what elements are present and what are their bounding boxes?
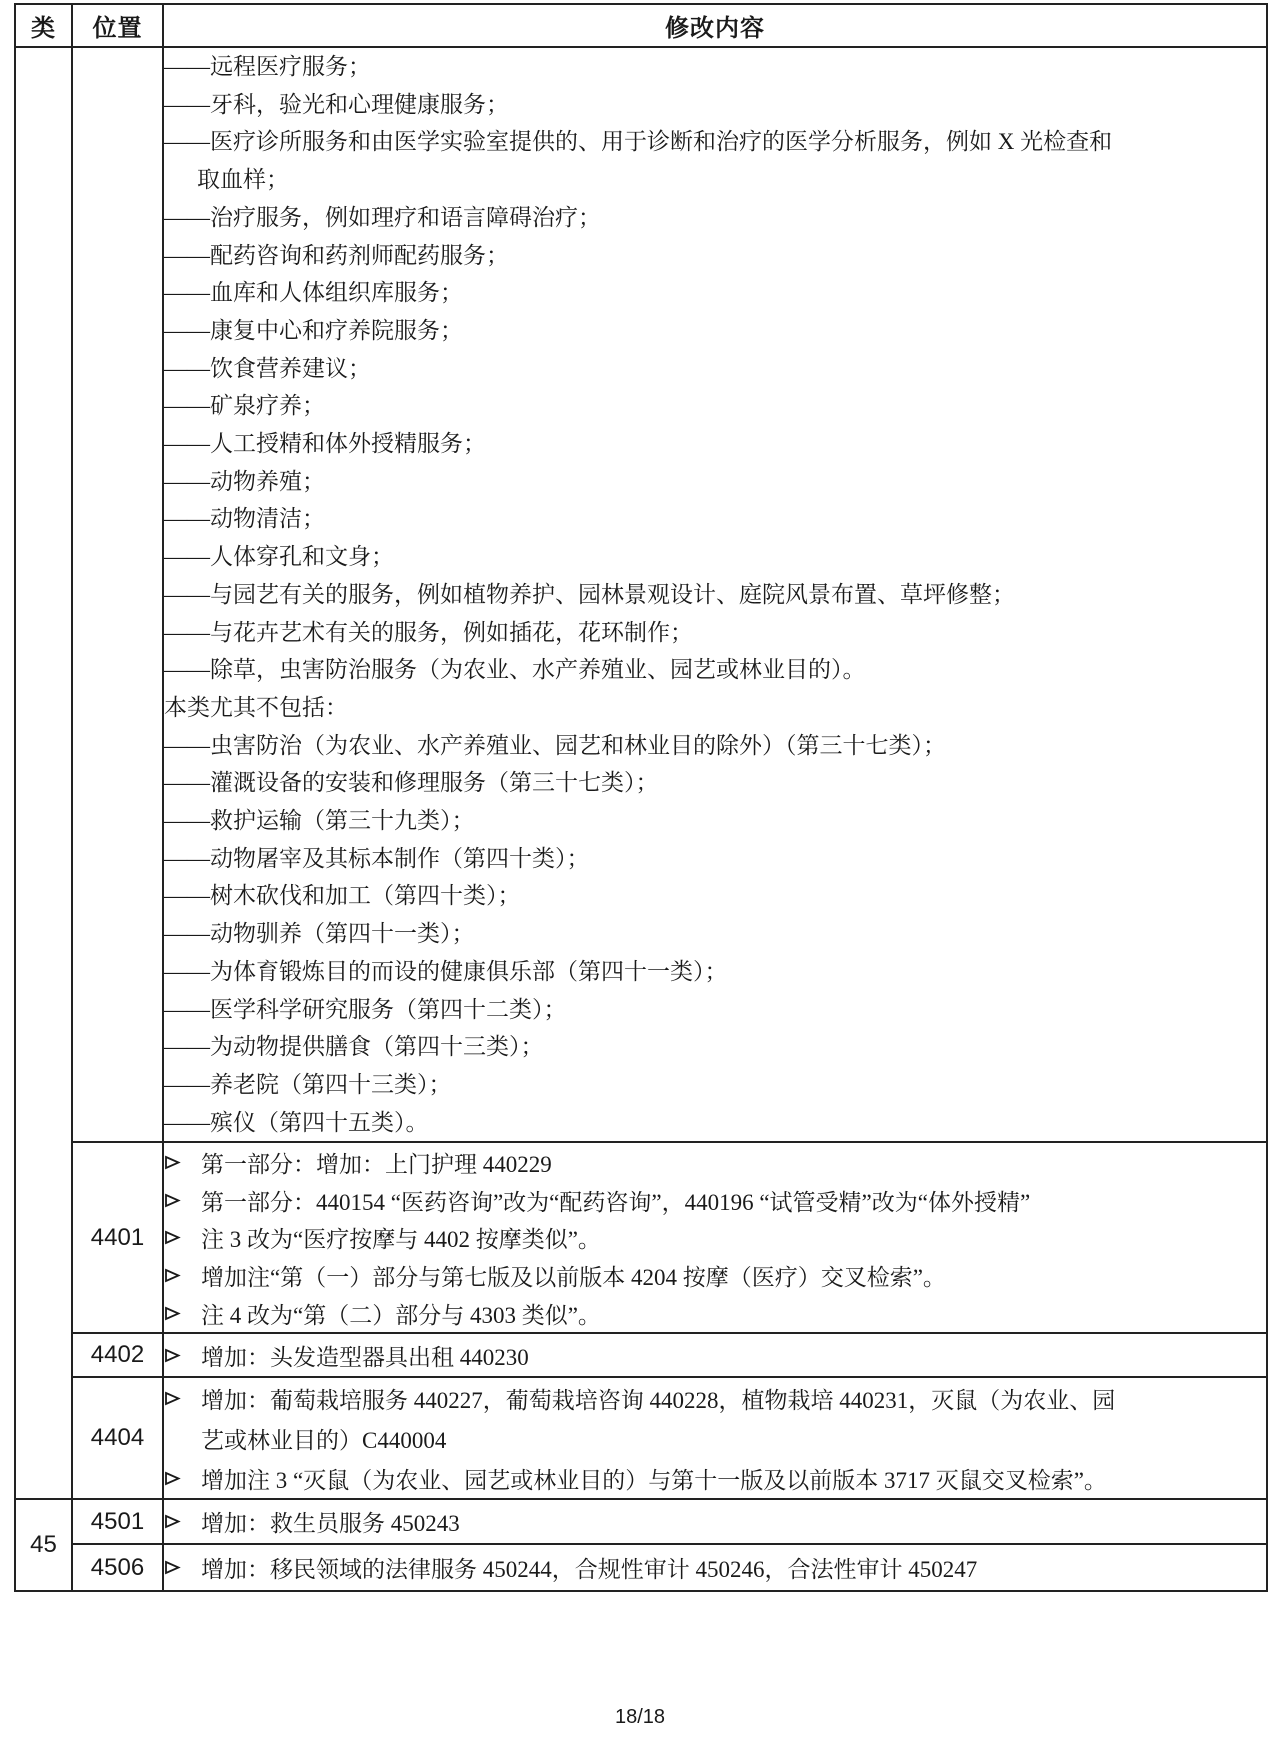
note-heading: 本类尤其不包括： [164,689,1266,727]
arrow-bullet-icon [164,1155,201,1170]
bullet-text: 增加注 3 “灭鼠（为农业、园艺或林业目的）与第十一版及以前版本 3717 灭鼠… [201,1462,1107,1495]
arrow-bullet-icon [164,1193,201,1208]
note-line: ——灌溉设备的安装和修理服务（第三十七类）； [164,764,1266,802]
table-row-class44-notes: ——远程医疗服务； ——牙科，验光和心理健康服务； ——医疗诊所服务和由医学实验… [15,47,1267,1142]
bullet-item: 第一部分：增加：上门护理 440229 [164,1143,1266,1181]
bullet-item-continuation: 艺或林业目的）C440004 [164,1418,1266,1458]
class-cell-44-empty [15,47,72,1499]
bullet-text: 注 3 改为“医疗按摩与 4402 按摩类似”。 [201,1221,601,1254]
bullet-text: 第一部分：440154 “医药咨询”改为“配药咨询”，440196 “试管受精”… [201,1184,1030,1217]
bullet-text: 增加：头发造型器具出租 440230 [201,1339,529,1372]
arrow-bullet-icon [164,1268,201,1283]
bullet-text: 艺或林业目的）C440004 [201,1422,446,1455]
bullet-text: 第一部分：增加：上门护理 440229 [201,1146,552,1179]
note-line: ——除草，虫害防治服务（为农业、水产养殖业、园艺或林业目的）。 [164,651,1266,689]
col-header-position: 位置 [72,4,163,47]
table-row-4506: 4506 增加：移民领域的法律服务 450244，合规性审计 450246，合法… [15,1544,1267,1591]
bullet-item: 增加：葡萄栽培服务 440227，葡萄栽培咨询 440228，植物栽培 4402… [164,1378,1266,1418]
note-line: ——矿泉疗养； [164,387,1266,425]
bullet-text: 增加：葡萄栽培服务 440227，葡萄栽培咨询 440228，植物栽培 4402… [201,1382,1115,1415]
position-cell-4501: 4501 [72,1499,163,1544]
note-line: ——饮食营养建议； [164,350,1266,388]
content-cell-class44-notes: ——远程医疗服务； ——牙科，验光和心理健康服务； ——医疗诊所服务和由医学实验… [163,47,1267,1142]
content-cell-4506: 增加：移民领域的法律服务 450244，合规性审计 450246，合法性审计 4… [163,1544,1267,1591]
note-line: ——救护运输（第三十九类）； [164,802,1266,840]
content-cell-4401: 第一部分：增加：上门护理 440229 第一部分：440154 “医药咨询”改为… [163,1142,1267,1333]
arrow-bullet-icon [164,1306,201,1321]
bullet-item: 增加：移民领域的法律服务 450244，合规性审计 450246，合法性审计 4… [164,1545,1266,1590]
table-row-4401: 4401 第一部分：增加：上门护理 440229 第一部分：440154 “医药… [15,1142,1267,1333]
note-line: ——养老院（第四十三类）； [164,1066,1266,1104]
note-line: ——为动物提供膳食（第四十三类）； [164,1028,1266,1066]
arrow-bullet-icon [164,1230,201,1245]
note-line: ——殡仪（第四十五类）。 [164,1104,1266,1142]
table-row-4402: 4402 增加：头发造型器具出租 440230 [15,1333,1267,1377]
modification-table: 类 位置 修改内容 ——远程医疗服务； ——牙科，验光和心理健康服务； ——医疗… [14,3,1268,1592]
note-line: ——牙科，验光和心理健康服务； [164,86,1266,124]
col-header-content: 修改内容 [163,4,1267,47]
note-line: ——与花卉艺术有关的服务，例如插花，花环制作； [164,614,1266,652]
table-row-4404: 4404 增加：葡萄栽培服务 440227，葡萄栽培咨询 440228，植物栽培… [15,1377,1267,1499]
note-line: ——与园艺有关的服务，例如植物养护、园林景观设计、庭院风景布置、草坪修整； [164,576,1266,614]
note-line: ——康复中心和疗养院服务； [164,312,1266,350]
arrow-bullet-icon [164,1514,201,1529]
note-line: ——治疗服务，例如理疗和语言障碍治疗； [164,199,1266,237]
table-row-4501: 45 4501 增加：救生员服务 450243 [15,1499,1267,1544]
bullet-text: 注 4 改为“第（二）部分与 4303 类似”。 [201,1297,601,1330]
content-cell-4501: 增加：救生员服务 450243 [163,1499,1267,1544]
note-line: ——树木砍伐和加工（第四十类）； [164,877,1266,915]
col-header-class: 类 [15,4,72,47]
note-line: ——为体育锻炼目的而设的健康俱乐部（第四十一类）； [164,953,1266,991]
note-line: ——动物清洁； [164,500,1266,538]
position-cell-4402: 4402 [72,1333,163,1377]
page-number: 18/18 [0,1706,1280,1729]
content-cell-4404: 增加：葡萄栽培服务 440227，葡萄栽培咨询 440228，植物栽培 4402… [163,1377,1267,1499]
note-line: ——远程医疗服务； [164,48,1266,86]
note-line: ——动物驯养（第四十一类）； [164,915,1266,953]
table-header-row: 类 位置 修改内容 [15,4,1267,47]
note-line-continuation: 取血样； [164,161,1266,199]
note-line: ——血库和人体组织库服务； [164,274,1266,312]
bullet-text: 增加注“第（一）部分与第七版及以前版本 4204 按摩（医疗）交叉检索”。 [201,1259,946,1292]
note-line: ——虫害防治（为农业、水产养殖业、园艺和林业目的除外）（第三十七类）； [164,727,1266,765]
bullet-item: 增加注 3 “灭鼠（为农业、园艺或林业目的）与第十一版及以前版本 3717 灭鼠… [164,1458,1266,1498]
position-cell-4404: 4404 [72,1377,163,1499]
bullet-item: 注 4 改为“第（二）部分与 4303 类似”。 [164,1295,1266,1333]
note-line: ——人体穿孔和文身； [164,538,1266,576]
note-line: ——人工授精和体外授精服务； [164,425,1266,463]
arrow-bullet-icon [164,1560,201,1575]
bullet-item: 增加：救生员服务 450243 [164,1500,1266,1543]
note-line: ——配药咨询和药剂师配药服务； [164,237,1266,275]
arrow-bullet-icon [164,1391,201,1406]
bullet-item: 第一部分：440154 “医药咨询”改为“配药咨询”，440196 “试管受精”… [164,1181,1266,1219]
position-cell-4401: 4401 [72,1142,163,1333]
bullet-text: 增加：救生员服务 450243 [201,1505,460,1538]
class-cell-45: 45 [15,1499,72,1591]
note-line: ——动物屠宰及其标本制作（第四十类）； [164,840,1266,878]
document-page: 类 位置 修改内容 ——远程医疗服务； ——牙科，验光和心理健康服务； ——医疗… [0,0,1280,1742]
bullet-item: 注 3 改为“医疗按摩与 4402 按摩类似”。 [164,1219,1266,1257]
position-cell-4506: 4506 [72,1544,163,1591]
arrow-bullet-icon [164,1471,201,1486]
bullet-item: 增加：头发造型器具出租 440230 [164,1334,1266,1376]
note-line: ——动物养殖； [164,463,1266,501]
content-cell-4402: 增加：头发造型器具出租 440230 [163,1333,1267,1377]
position-cell-empty [72,47,163,1142]
arrow-bullet-icon [164,1348,201,1363]
bullet-text: 增加：移民领域的法律服务 450244，合规性审计 450246，合法性审计 4… [201,1551,977,1584]
bullet-item: 增加注“第（一）部分与第七版及以前版本 4204 按摩（医疗）交叉检索”。 [164,1257,1266,1295]
note-line: ——医疗诊所服务和由医学实验室提供的、用于诊断和治疗的医学分析服务，例如 X 光… [164,123,1266,161]
note-line: ——医学科学研究服务（第四十二类）； [164,991,1266,1029]
